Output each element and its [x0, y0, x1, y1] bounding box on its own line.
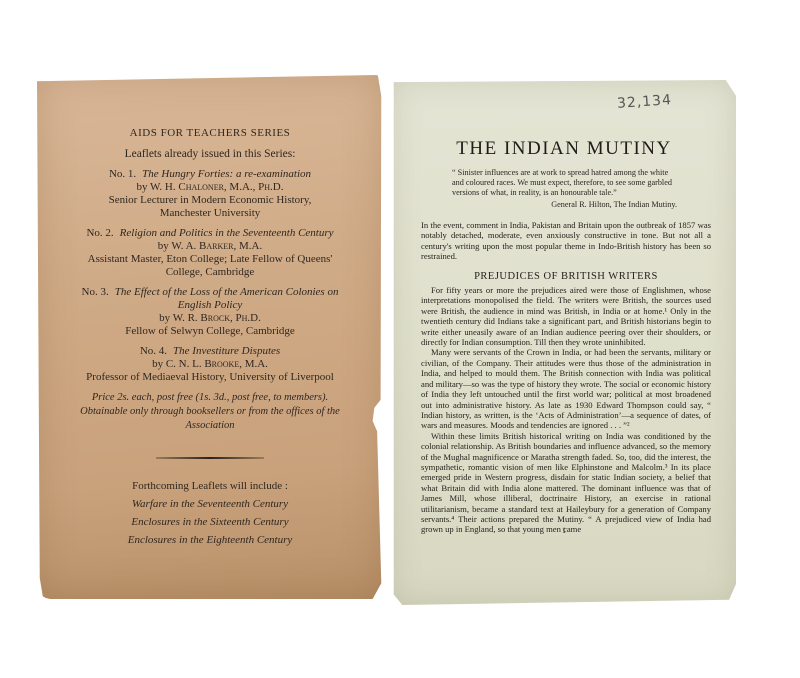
entry-affiliation: Manchester University [37, 207, 383, 220]
author-prefix: by W. H. [137, 181, 179, 193]
article-body: In the event, comment in India, Pakistan… [421, 220, 711, 535]
entry-author: Barker, M.A. [199, 240, 262, 252]
author-prefix: by W. R. [159, 312, 200, 324]
aids-for-teachers-leaflet: AIDS FOR TEACHERS SERIES Leaflets alread… [37, 75, 383, 599]
leaflet-back-cover: AIDS FOR TEACHERS SERIES Leaflets alread… [37, 127, 383, 549]
leaflet-entry: No. 4.The Investiture Disputes by C. N. … [37, 345, 383, 384]
leaflet-entry: No. 3.The Effect of the Loss of the Amer… [37, 286, 383, 338]
entry-author: Brooke, M.A. [204, 358, 268, 370]
forthcoming-list: Forthcoming Leaflets will include : Warf… [37, 477, 383, 549]
leaflet-entry: No. 2.Religion and Politics in the Seven… [37, 227, 383, 279]
entry-affiliation: Senior Lecturer in Modern Economic Histo… [37, 194, 383, 207]
indian-mutiny-leaflet: 32,134 THE INDIAN MUTINY “ Sinister infl… [392, 80, 736, 605]
entry-title: The Investiture Disputes [173, 345, 280, 357]
body-paragraph: For fifty years or more the prejudices a… [421, 285, 711, 347]
issued-intro: Leaflets already issued in this Series: [37, 148, 383, 161]
forthcoming-intro: Forthcoming Leaflets will include : [37, 477, 383, 495]
page-number: 1 [392, 526, 736, 535]
divider-rule [156, 457, 264, 459]
page-title: THE INDIAN MUTINY [392, 138, 736, 160]
entry-number: No. 3. [82, 286, 109, 298]
entry-number: No. 2. [86, 227, 113, 239]
forthcoming-item: Warfare in the Seventeenth Century [37, 495, 383, 513]
forthcoming-item: Enclosures in the Eighteenth Century [37, 531, 383, 549]
body-paragraph: Many were servants of the Crown in India… [421, 347, 711, 430]
author-prefix: by C. N. L. [152, 358, 204, 370]
entry-affiliation: College, Cambridge [37, 266, 383, 279]
entry-title: Religion and Politics in the Seventeenth… [120, 227, 334, 239]
intro-paragraph: In the event, comment in India, Pakistan… [421, 220, 711, 262]
entry-title: The Hungry Forties: a re-examination [142, 168, 311, 180]
price-note: Price 2s. each, post free (1s. 3d., post… [77, 391, 343, 433]
entry-author: Brock, Ph.D. [200, 312, 260, 324]
handwritten-shelfmark: 32,134 [617, 92, 673, 112]
entry-affiliation: Assistant Master, Eton College; Late Fel… [37, 253, 383, 266]
entry-affiliation: Professor of Mediaeval History, Universi… [37, 371, 383, 384]
epigraph-attribution: General R. Hilton, The Indian Mutiny. [452, 200, 677, 210]
series-title: AIDS FOR TEACHERS SERIES [37, 127, 383, 140]
epigraph: “ Sinister influences are at work to spr… [452, 168, 677, 210]
entry-number: No. 4. [140, 345, 167, 357]
entry-author: Chaloner, M.A., Ph.D. [178, 181, 283, 193]
leaflet-entry: No. 1.The Hungry Forties: a re-examinati… [37, 168, 383, 220]
entry-title: The Effect of the Loss of the American C… [115, 286, 339, 311]
author-prefix: by W. A. [158, 240, 199, 252]
body-paragraph: Within these limits British historical w… [421, 431, 711, 535]
forthcoming-item: Enclosures in the Sixteenth Century [37, 513, 383, 531]
entry-number: No. 1. [109, 168, 136, 180]
section-heading: PREJUDICES OF BRITISH WRITERS [421, 272, 711, 282]
entry-affiliation: Fellow of Selwyn College, Cambridge [73, 325, 347, 338]
epigraph-quote: “ Sinister influences are at work to spr… [452, 168, 677, 199]
